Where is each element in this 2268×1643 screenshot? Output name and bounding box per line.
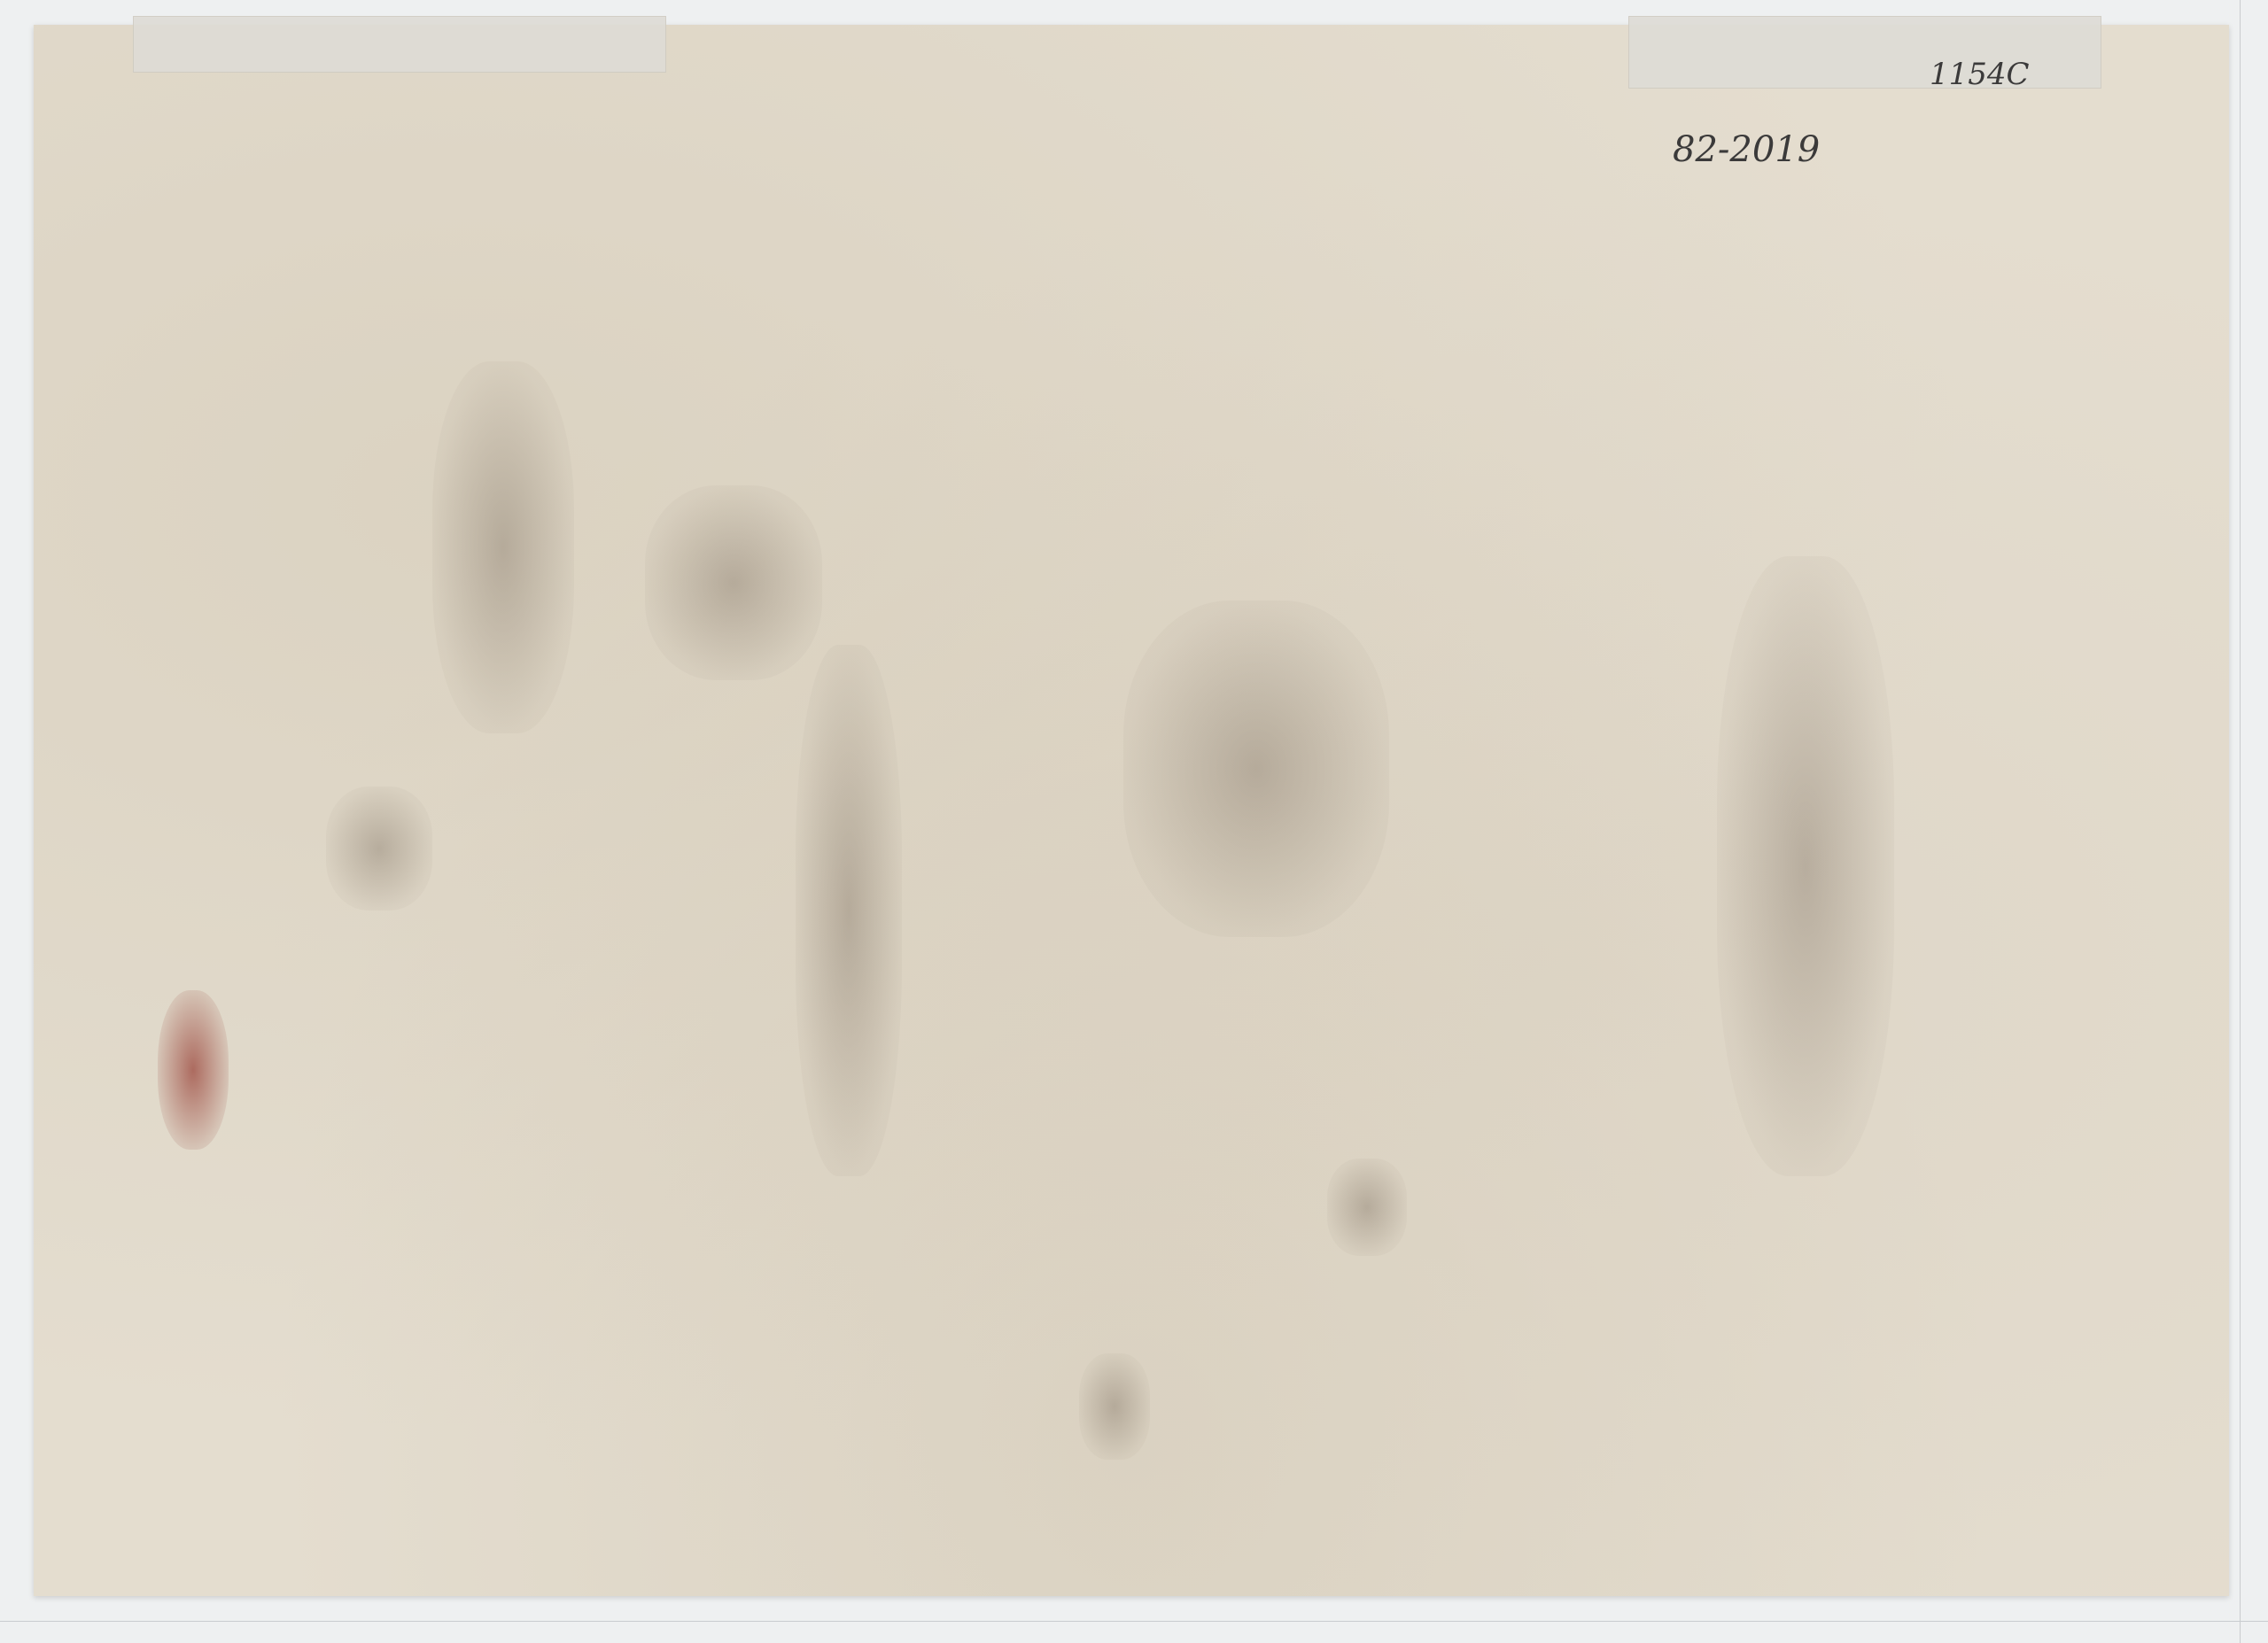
dark-stain	[1327, 1159, 1407, 1256]
charcoal-smudge	[796, 645, 902, 1176]
accession-number: 82-2019	[1673, 129, 1820, 170]
background-ruler-line	[0, 1621, 2268, 1622]
tape-strip-right	[1628, 16, 2101, 89]
charcoal-smudge	[432, 361, 574, 733]
catalog-number: 1154C	[1930, 57, 2030, 92]
reddish-stain	[158, 990, 229, 1150]
paper-sheet: 1154C 82-2019	[34, 25, 2229, 1596]
tape-strip-left	[133, 16, 666, 73]
dark-stain	[1079, 1353, 1150, 1460]
charcoal-smudge	[1717, 556, 1894, 1176]
charcoal-smudge	[326, 787, 432, 911]
background-ruler-line	[2240, 0, 2241, 1643]
charcoal-smudge	[645, 485, 822, 680]
charcoal-smudge	[1123, 601, 1389, 937]
